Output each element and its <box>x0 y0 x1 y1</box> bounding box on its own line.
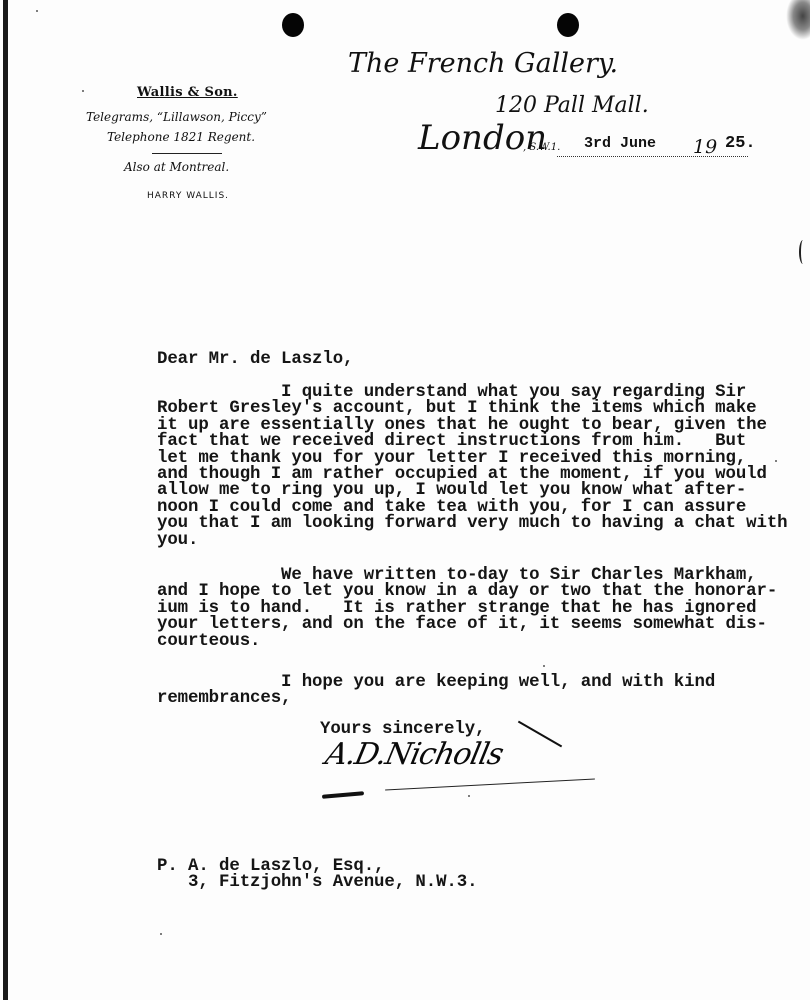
date-century: 19 <box>693 136 717 158</box>
scan-speck <box>82 90 84 92</box>
letterhead-telephone: Telephone 1821 Regent. <box>107 130 255 144</box>
paragraph-1: I quite understand what you say regardin… <box>157 385 788 549</box>
letterhead-branch: Also at Montreal. <box>124 160 229 174</box>
scan-speck <box>36 10 38 12</box>
date-year: 25. <box>725 134 756 153</box>
scan-speck <box>160 933 162 935</box>
punch-hole-left <box>282 13 304 37</box>
signature-flourish <box>322 791 364 799</box>
gallery-street: 120 Pall Mall. <box>495 93 649 118</box>
signature: A.D.Nicholls <box>322 737 506 772</box>
paragraph-3: I hope you are keeping well, and with ki… <box>157 675 715 708</box>
scan-edge <box>3 0 8 1000</box>
scan-speck <box>543 665 545 667</box>
date-line <box>557 156 748 157</box>
signature-underline <box>385 779 595 791</box>
gallery-district: , S.W.1. <box>523 142 560 153</box>
scan-speck <box>468 795 470 797</box>
letterhead-proprietor: HARRY WALLIS. <box>147 191 229 201</box>
signature-stroke <box>518 721 562 748</box>
paragraph-2: We have written to-day to Sir Charles Ma… <box>157 568 777 650</box>
closing: Yours sincerely, <box>320 722 485 738</box>
letterhead-telegrams: Telegrams, “Lillawson, Piccy” <box>86 110 267 124</box>
edge-mark <box>799 240 807 264</box>
punch-hole-right <box>557 13 579 37</box>
letterhead-divider <box>152 153 222 154</box>
letter-page: Wallis & Son. Telegrams, “Lillawson, Pic… <box>0 0 810 1000</box>
gallery-name: The French Gallery. <box>348 48 618 79</box>
addressee-block: P. A. de Laszlo, Esq., 3, Fitzjohn's Ave… <box>157 859 477 892</box>
salutation: Dear Mr. de Laszlo, <box>157 352 353 368</box>
scan-speck <box>775 460 777 462</box>
date-day-month: 3rd June <box>584 135 656 152</box>
letterhead-firm-name: Wallis & Son. <box>137 85 238 100</box>
corner-smudge <box>786 0 810 40</box>
